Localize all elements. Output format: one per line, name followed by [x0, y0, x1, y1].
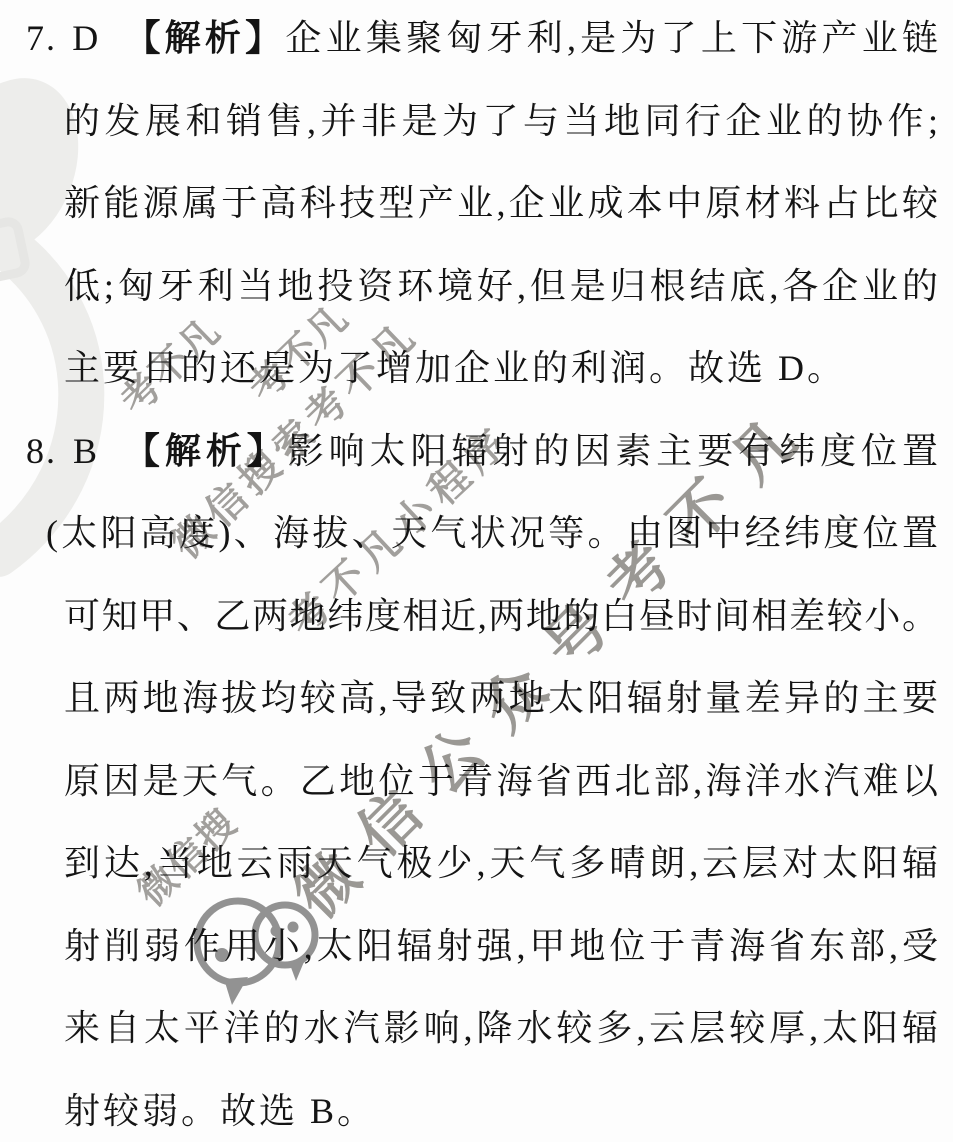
answer-8-line: 8. B【解析】影响太阳辐射的因素主要有纬度位置: [26, 425, 938, 479]
answer-key-page: 考不凡 考不凡 微信搜索考不凡 考不凡小程序 微信公众号考不凡 微信搜 7. D…: [0, 0, 953, 1142]
answer-8-line: 射较弱。故选 B。: [64, 1085, 938, 1139]
answer-7-line: 主要目的还是为了增加企业的利润。故选 D。: [64, 342, 938, 396]
answer-7-line: 低;匈牙利当地投资环境好,但是归根结底,各企业的: [64, 260, 938, 314]
answer-8-number: 8. B: [26, 431, 99, 471]
answer-8-line: 且两地海拔均较高,导致两地太阳辐射量差异的主要: [64, 672, 938, 726]
answer-8-line: 可知甲、乙两地纬度相近,两地的白昼时间相差较小。: [64, 590, 938, 644]
answer-8-analysis-tag: 【解析】: [119, 430, 288, 471]
answer-8-line: 射削弱作用小,太阳辐射强,甲地位于青海省东部,受: [64, 920, 938, 974]
answer-7-text: 企业集聚匈牙利,是为了上下游产业链: [285, 18, 938, 58]
answer-7-number: 7. D: [26, 18, 100, 58]
answer-8-text: 影响太阳辐射的因素主要有纬度位置: [288, 431, 938, 471]
answer-7-line: 7. D【解析】企业集聚匈牙利,是为了上下游产业链: [26, 12, 938, 66]
answer-7-line: 的发展和销售,并非是为了与当地同行企业的协作;: [64, 95, 938, 149]
answer-8-line: 到达,当地云雨天气极少,天气多晴朗,云层对太阳辐: [64, 837, 938, 891]
answer-7-analysis-tag: 【解析】: [120, 17, 285, 58]
answer-8-line: (太阳高度)、海拔、天气状况等。由图中经纬度位置: [46, 507, 938, 561]
answer-8-line: 来自太平洋的水汽影响,降水较多,云层较厚,太阳辐: [64, 1002, 938, 1056]
answer-8-line: 原因是天气。乙地位于青海省西北部,海洋水汽难以: [64, 755, 938, 809]
answer-7-line: 新能源属于高科技型产业,企业成本中原材料占比较: [64, 177, 938, 231]
